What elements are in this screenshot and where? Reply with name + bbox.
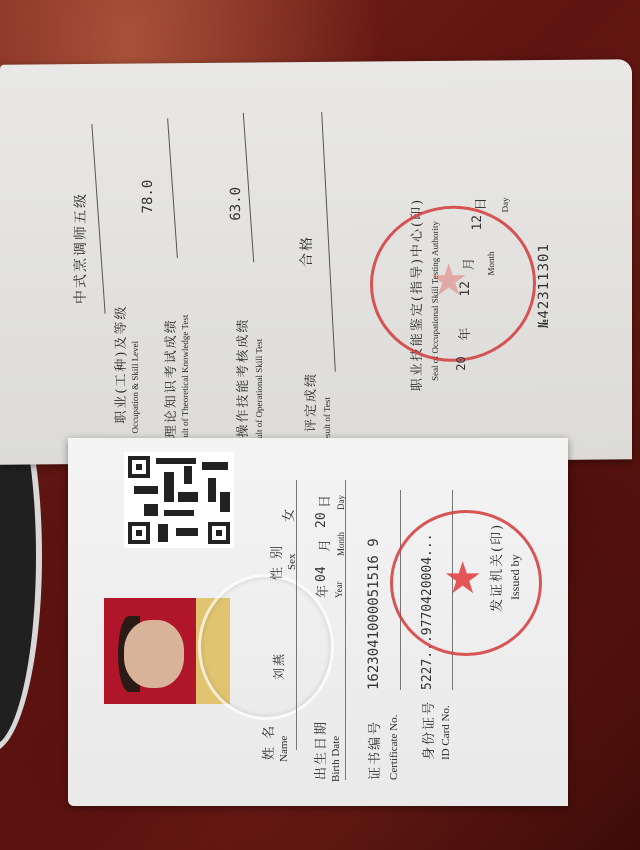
birth-year-en: Year [334, 581, 344, 598]
theory-score: 78.0 [140, 180, 156, 214]
birth-month-label: 月 [314, 537, 333, 552]
occupation-label-en: Occupation & Skill Level [130, 341, 140, 434]
issue-year: 20 [454, 356, 468, 371]
operational-score: 63.0 [228, 187, 244, 221]
operational-label-en: Result of Operational Skill Test [254, 339, 264, 453]
authority-seal: ★ [370, 205, 536, 362]
issue-month: 12 [458, 281, 473, 297]
name-label-en: Name [278, 736, 290, 762]
occupation-value: 中式烹调师五级 [70, 192, 90, 304]
final-result: 合格 [296, 235, 316, 267]
sex-value: 女 [278, 507, 297, 522]
issue-month-en: Month [486, 251, 496, 275]
divider-line [321, 112, 336, 372]
occupation-label: 职业(工种)及等级 [110, 304, 129, 423]
cert-label-en: Certificate No. [388, 715, 400, 780]
operational-label: 操作技能考核成绩 [232, 318, 251, 438]
id-label: 身份证号 [418, 700, 437, 760]
final-label: 评定成绩 [300, 372, 319, 432]
birth-year-label: 年 [312, 583, 331, 598]
name-value: 刘燕 [270, 652, 287, 680]
issue-day-label: 日 [470, 195, 489, 210]
divider-line [243, 113, 254, 263]
issue-year-label: 年 [454, 326, 473, 341]
birth-day-en: Day [336, 495, 346, 510]
issue-day-en: Day [500, 197, 510, 212]
cert-label: 证书编号 [364, 720, 383, 780]
theory-label-en: Result of Theoretical Knowledge Test [180, 315, 190, 452]
issue-month-label: 月 [458, 256, 477, 271]
divider-line [167, 118, 178, 258]
name-label: 姓 名 [258, 724, 277, 760]
issuer-label: 发证机关(印) [486, 523, 505, 612]
issue-day: 12 [470, 215, 485, 231]
divider-line [345, 480, 346, 780]
birth-label-en: Birth Date [330, 736, 342, 782]
birth-month-en: Month [336, 532, 346, 556]
sex-label: 性 别 [266, 544, 285, 580]
qr-code [124, 452, 234, 548]
theory-label: 理论知识考试成绩 [160, 318, 179, 438]
sex-label-en: Sex [286, 554, 298, 571]
id-label-en: ID Card No. [440, 705, 452, 760]
results-page: 中式烹调师五级 职业(工种)及等级 Occupation & Skill Lev… [0, 59, 632, 465]
cert-value: 1623041000051516 9 [366, 538, 382, 690]
birth-day-label: 日 [314, 493, 333, 508]
issuer-label-en: Issued by [508, 554, 523, 600]
birth-label: 出生日期 [310, 720, 329, 780]
birth-day: 20 [314, 512, 329, 528]
divider-line [91, 124, 105, 313]
serial-number: №42311301 [536, 243, 552, 328]
birth-month: 04 [314, 566, 329, 582]
